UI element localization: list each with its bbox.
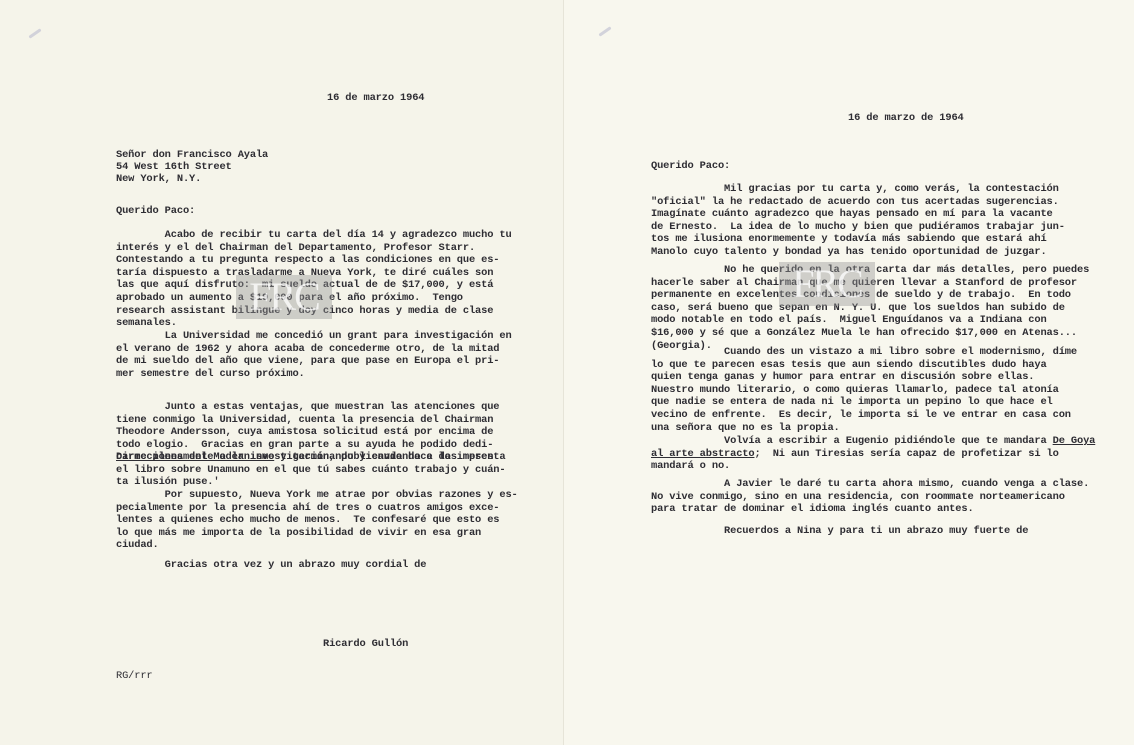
closing: Gracias otra vez y un abrazo muy cordial… <box>116 559 426 572</box>
salutation: Querido Paco: <box>651 160 730 173</box>
paragraph-1: Mil gracias por tu carta y, como verás, … <box>651 183 1065 259</box>
signature: Ricardo Gullón <box>323 638 408 651</box>
letter-page-right: 16 de marzo de 1964 Querido Paco: Mil gr… <box>563 0 1134 745</box>
paragraph-2: La Universidad me concedió un grant para… <box>116 330 512 380</box>
archive-watermark: FRC <box>236 275 332 319</box>
recipient-street: 54 West 16th Street <box>116 161 232 174</box>
letter-date: 16 de marzo 1964 <box>327 92 424 105</box>
typist-initials: RG/rrr <box>116 670 153 683</box>
salutation: Querido Paco: <box>116 205 195 218</box>
letter-date: 16 de marzo de 1964 <box>848 112 964 125</box>
paragraph-3: Cuando des un vistazo a mi libro sobre e… <box>651 346 1077 434</box>
book-title-direcciones: Direcciones del Modernismo <box>116 451 274 463</box>
recipient-city: New York, N.Y. <box>116 173 201 186</box>
book-title-de-goya-line2: al arte abstracto <box>651 448 754 460</box>
paragraph-4: Por supuesto, Nueva York me atrae por ob… <box>116 489 518 552</box>
recipient-name: Señor don Francisco Ayala <box>116 149 268 162</box>
paper-crease-mark <box>598 26 611 36</box>
paragraph-5: A Javier le daré tu carta ahora mismo, c… <box>651 478 1089 516</box>
book-title-de-goya: De Goya <box>1053 435 1096 447</box>
paragraph-4: Volvía a escribir a Eugenio pidiéndole q… <box>651 435 1095 473</box>
paper-crease-mark <box>28 28 41 38</box>
archive-watermark: FRC <box>779 262 875 306</box>
letter-page-left: 16 de marzo 1964 Señor don Francisco Aya… <box>0 0 563 745</box>
paragraph-3-continued: Direcciones del Modernismo y terminando … <box>116 451 505 489</box>
closing: Recuerdos a Nina y para ti un abrazo muy… <box>651 525 1028 538</box>
